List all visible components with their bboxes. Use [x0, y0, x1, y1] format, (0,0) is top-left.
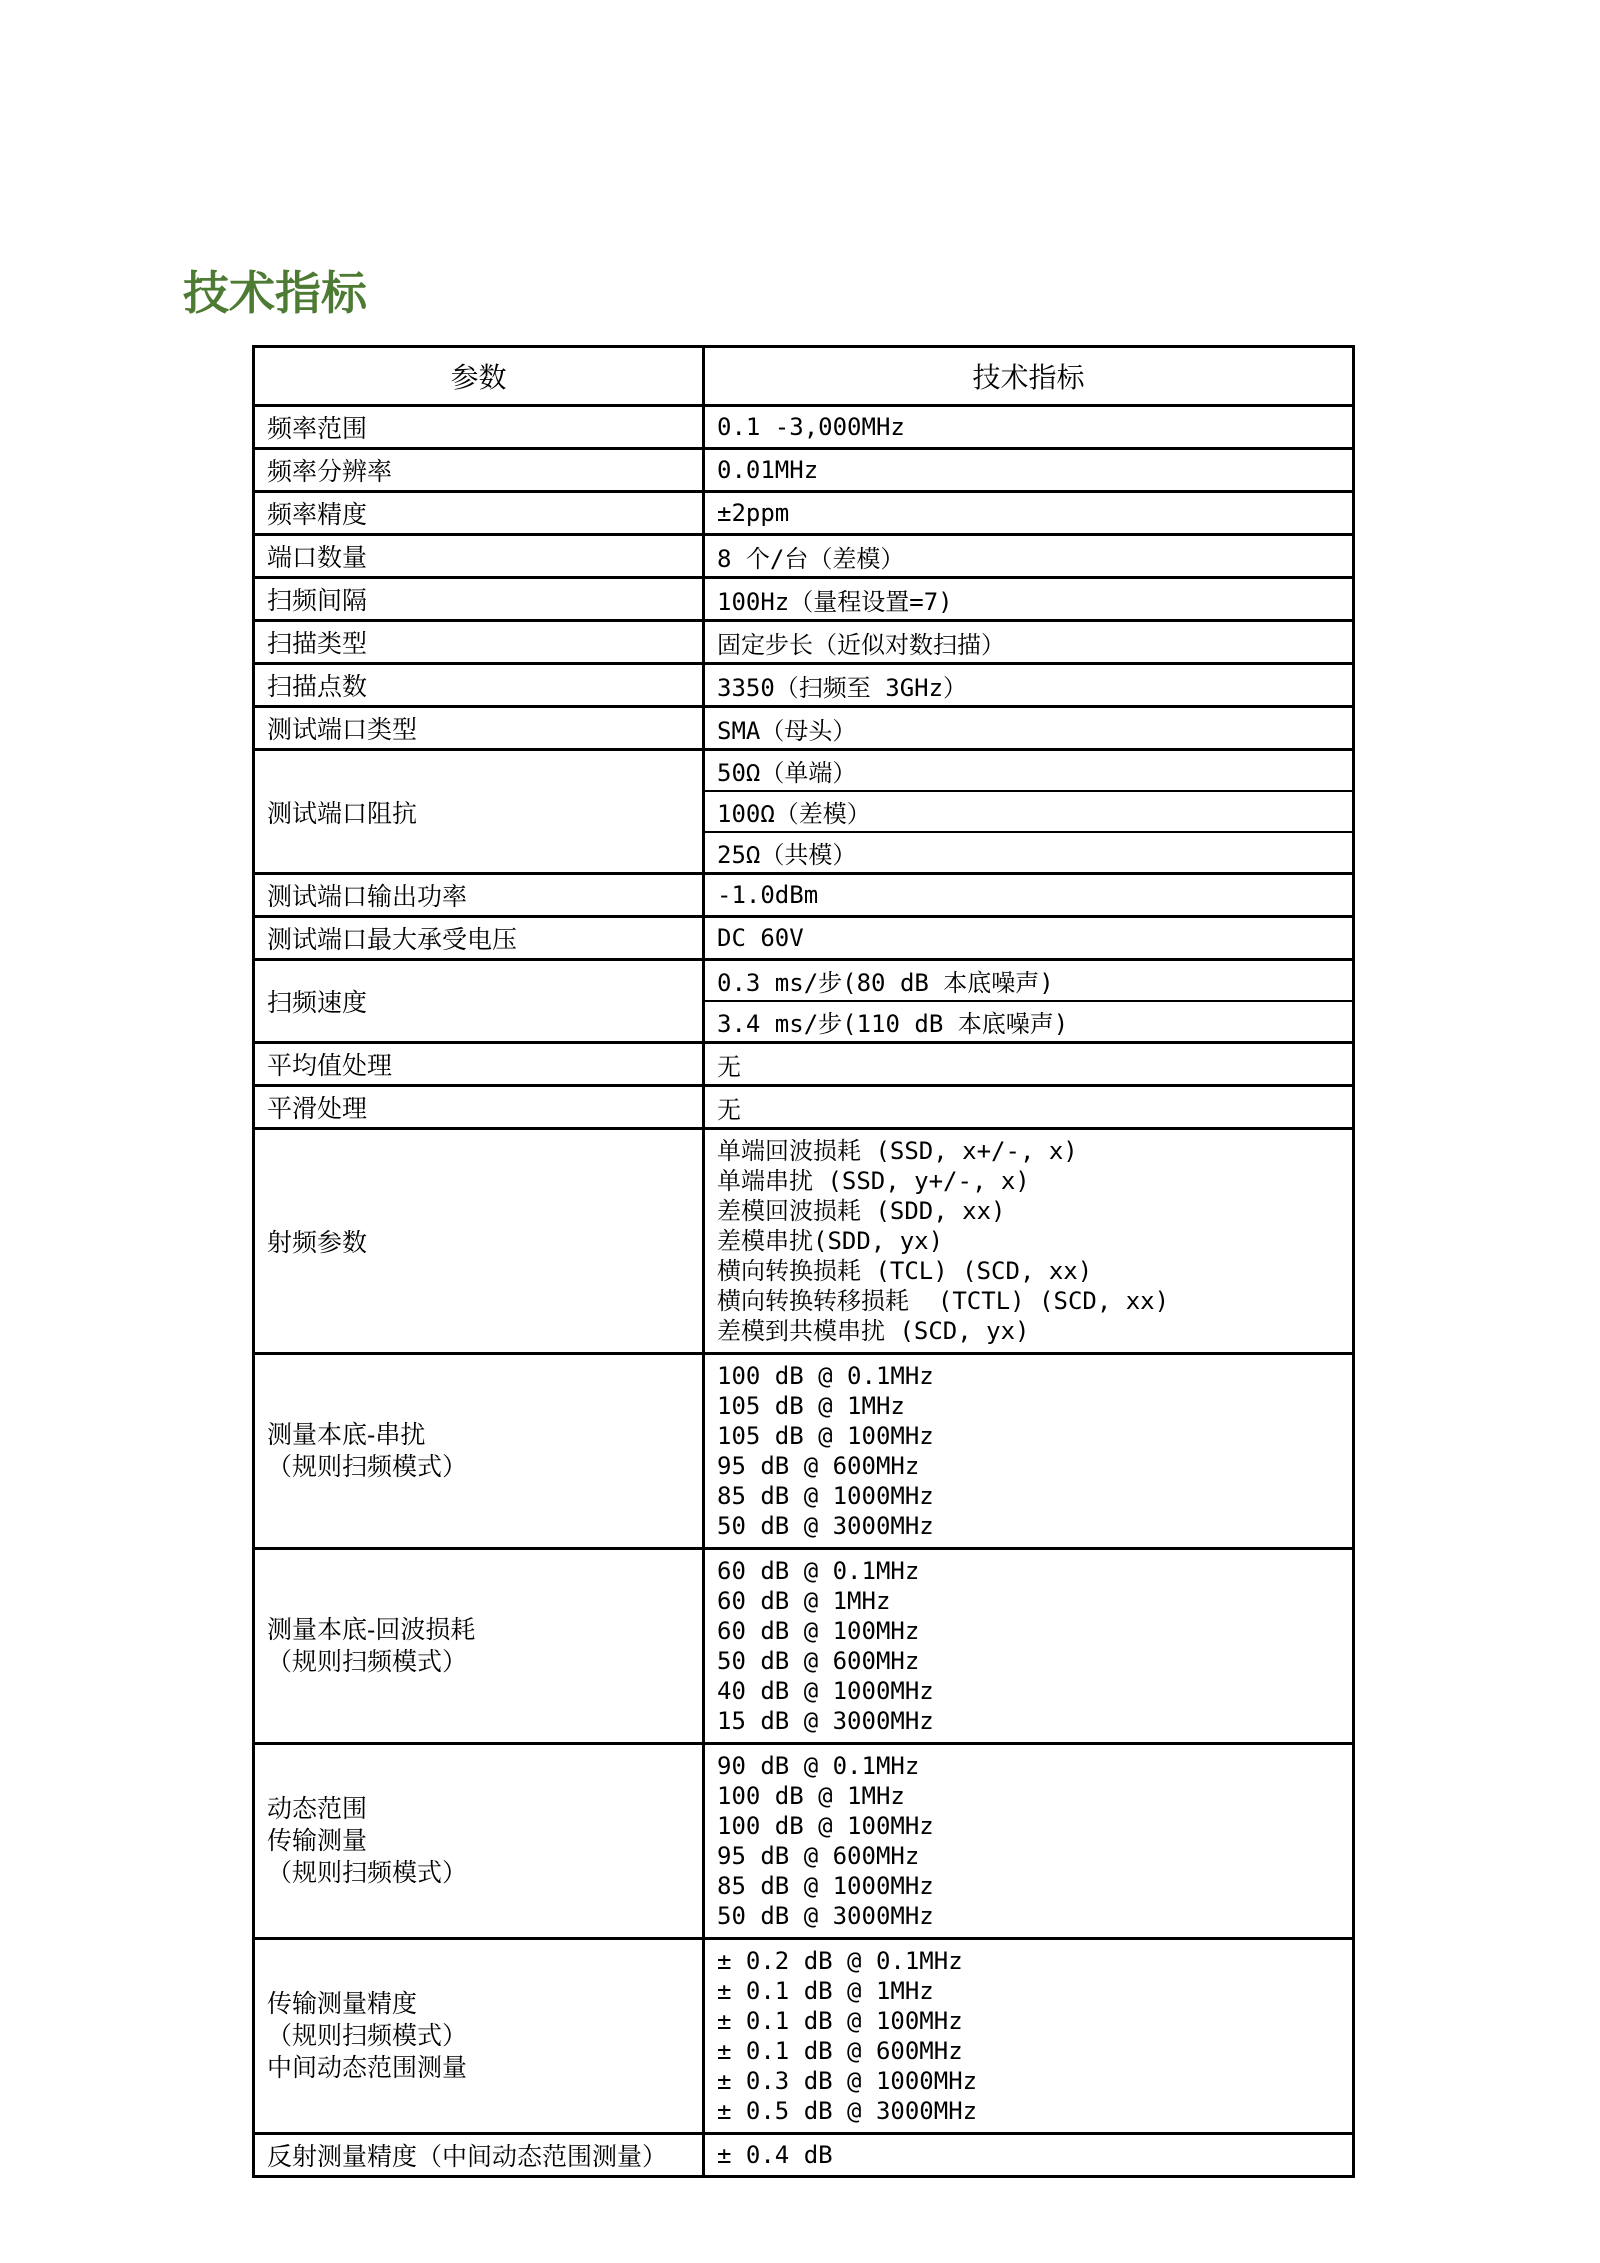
- col-header-param: 参数: [254, 347, 704, 406]
- value-cell: 无: [704, 1086, 1354, 1129]
- param-cell: 射频参数: [254, 1129, 704, 1354]
- spec-table: 参数 技术指标 频率范围 0.1 -3,000MHz 频率分辨率 0.01MHz…: [252, 345, 1355, 2178]
- table-row: 测试端口阻抗 50Ω（单端）: [254, 750, 1354, 792]
- value-cell: 0.3 ms/步(80 dB 本底噪声): [704, 960, 1354, 1002]
- table-row: 测试端口最大承受电压 DC 60V: [254, 917, 1354, 960]
- param-cell: 平滑处理: [254, 1086, 704, 1129]
- table-header-row: 参数 技术指标: [254, 347, 1354, 406]
- table-row: 反射测量精度（中间动态范围测量） ± 0.4 dB: [254, 2134, 1354, 2177]
- param-cell: 测试端口最大承受电压: [254, 917, 704, 960]
- value-cell: ±2ppm: [704, 492, 1354, 535]
- value-cell: 3.4 ms/步(110 dB 本底噪声): [704, 1001, 1354, 1043]
- value-cell: 0.01MHz: [704, 449, 1354, 492]
- table-row: 频率分辨率 0.01MHz: [254, 449, 1354, 492]
- value-cell: -1.0dBm: [704, 874, 1354, 917]
- param-cell: 频率精度: [254, 492, 704, 535]
- param-cell: 扫描点数: [254, 664, 704, 707]
- value-cell: 50Ω（单端）: [704, 750, 1354, 792]
- page-title: 技术指标: [183, 268, 367, 319]
- value-cell: 固定步长（近似对数扫描）: [704, 621, 1354, 664]
- value-cell: 100Ω（差模）: [704, 791, 1354, 832]
- table-row: 扫描点数 3350（扫频至 3GHz）: [254, 664, 1354, 707]
- table-row: 扫频速度 0.3 ms/步(80 dB 本底噪声): [254, 960, 1354, 1002]
- value-cell: 25Ω（共模）: [704, 832, 1354, 874]
- param-cell: 测量本底-串扰（规则扫频模式）: [254, 1354, 704, 1549]
- param-cell: 端口数量: [254, 535, 704, 578]
- param-cell: 平均值处理: [254, 1043, 704, 1086]
- param-cell: 测试端口输出功率: [254, 874, 704, 917]
- document-page: 技术指标 参数 技术指标 频率范围 0.1 -3,000MHz 频率分辨率 0.…: [0, 0, 1600, 2263]
- table-row: 扫频间隔 100Hz（量程设置=7): [254, 578, 1354, 621]
- param-cell: 反射测量精度（中间动态范围测量）: [254, 2134, 704, 2177]
- table-row: 端口数量 8 个/台（差模）: [254, 535, 1354, 578]
- table-row: 平滑处理 无: [254, 1086, 1354, 1129]
- value-cell: 0.1 -3,000MHz: [704, 406, 1354, 449]
- table-row: 测试端口输出功率 -1.0dBm: [254, 874, 1354, 917]
- table-row: 测试端口类型 SMA（母头）: [254, 707, 1354, 750]
- value-cell: 90 dB @ 0.1MHz100 dB @ 1MHz100 dB @ 100M…: [704, 1744, 1354, 1939]
- table-row: 测量本底-回波损耗（规则扫频模式） 60 dB @ 0.1MHz60 dB @ …: [254, 1549, 1354, 1744]
- table-row: 平均值处理 无: [254, 1043, 1354, 1086]
- value-cell: 60 dB @ 0.1MHz60 dB @ 1MHz60 dB @ 100MHz…: [704, 1549, 1354, 1744]
- table-row: 测量本底-串扰（规则扫频模式） 100 dB @ 0.1MHz105 dB @ …: [254, 1354, 1354, 1549]
- value-cell: 无: [704, 1043, 1354, 1086]
- table-row: 传输测量精度（规则扫频模式）中间动态范围测量 ± 0.2 dB @ 0.1MHz…: [254, 1939, 1354, 2134]
- value-cell: 100 dB @ 0.1MHz105 dB @ 1MHz105 dB @ 100…: [704, 1354, 1354, 1549]
- param-cell: 频率分辨率: [254, 449, 704, 492]
- table-row: 射频参数 单端回波损耗 (SSD, x+/-, x)单端串扰 (SSD, y+/…: [254, 1129, 1354, 1354]
- table-row: 扫描类型 固定步长（近似对数扫描）: [254, 621, 1354, 664]
- value-cell: 单端回波损耗 (SSD, x+/-, x)单端串扰 (SSD, y+/-, x)…: [704, 1129, 1354, 1354]
- param-cell: 扫描类型: [254, 621, 704, 664]
- value-cell: DC 60V: [704, 917, 1354, 960]
- table-row: 频率精度 ±2ppm: [254, 492, 1354, 535]
- param-cell: 频率范围: [254, 406, 704, 449]
- table-row: 动态范围传输测量（规则扫频模式） 90 dB @ 0.1MHz100 dB @ …: [254, 1744, 1354, 1939]
- value-cell: ± 0.2 dB @ 0.1MHz± 0.1 dB @ 1MHz± 0.1 dB…: [704, 1939, 1354, 2134]
- param-cell: 测量本底-回波损耗（规则扫频模式）: [254, 1549, 704, 1744]
- param-cell: 动态范围传输测量（规则扫频模式）: [254, 1744, 704, 1939]
- value-cell: 8 个/台（差模）: [704, 535, 1354, 578]
- value-cell: 100Hz（量程设置=7): [704, 578, 1354, 621]
- value-cell: ± 0.4 dB: [704, 2134, 1354, 2177]
- col-header-spec: 技术指标: [704, 347, 1354, 406]
- param-cell: 扫频间隔: [254, 578, 704, 621]
- param-cell: 测试端口阻抗: [254, 750, 704, 874]
- param-cell: 传输测量精度（规则扫频模式）中间动态范围测量: [254, 1939, 704, 2134]
- value-cell: 3350（扫频至 3GHz）: [704, 664, 1354, 707]
- table-row: 频率范围 0.1 -3,000MHz: [254, 406, 1354, 449]
- param-cell: 扫频速度: [254, 960, 704, 1043]
- value-cell: SMA（母头）: [704, 707, 1354, 750]
- param-cell: 测试端口类型: [254, 707, 704, 750]
